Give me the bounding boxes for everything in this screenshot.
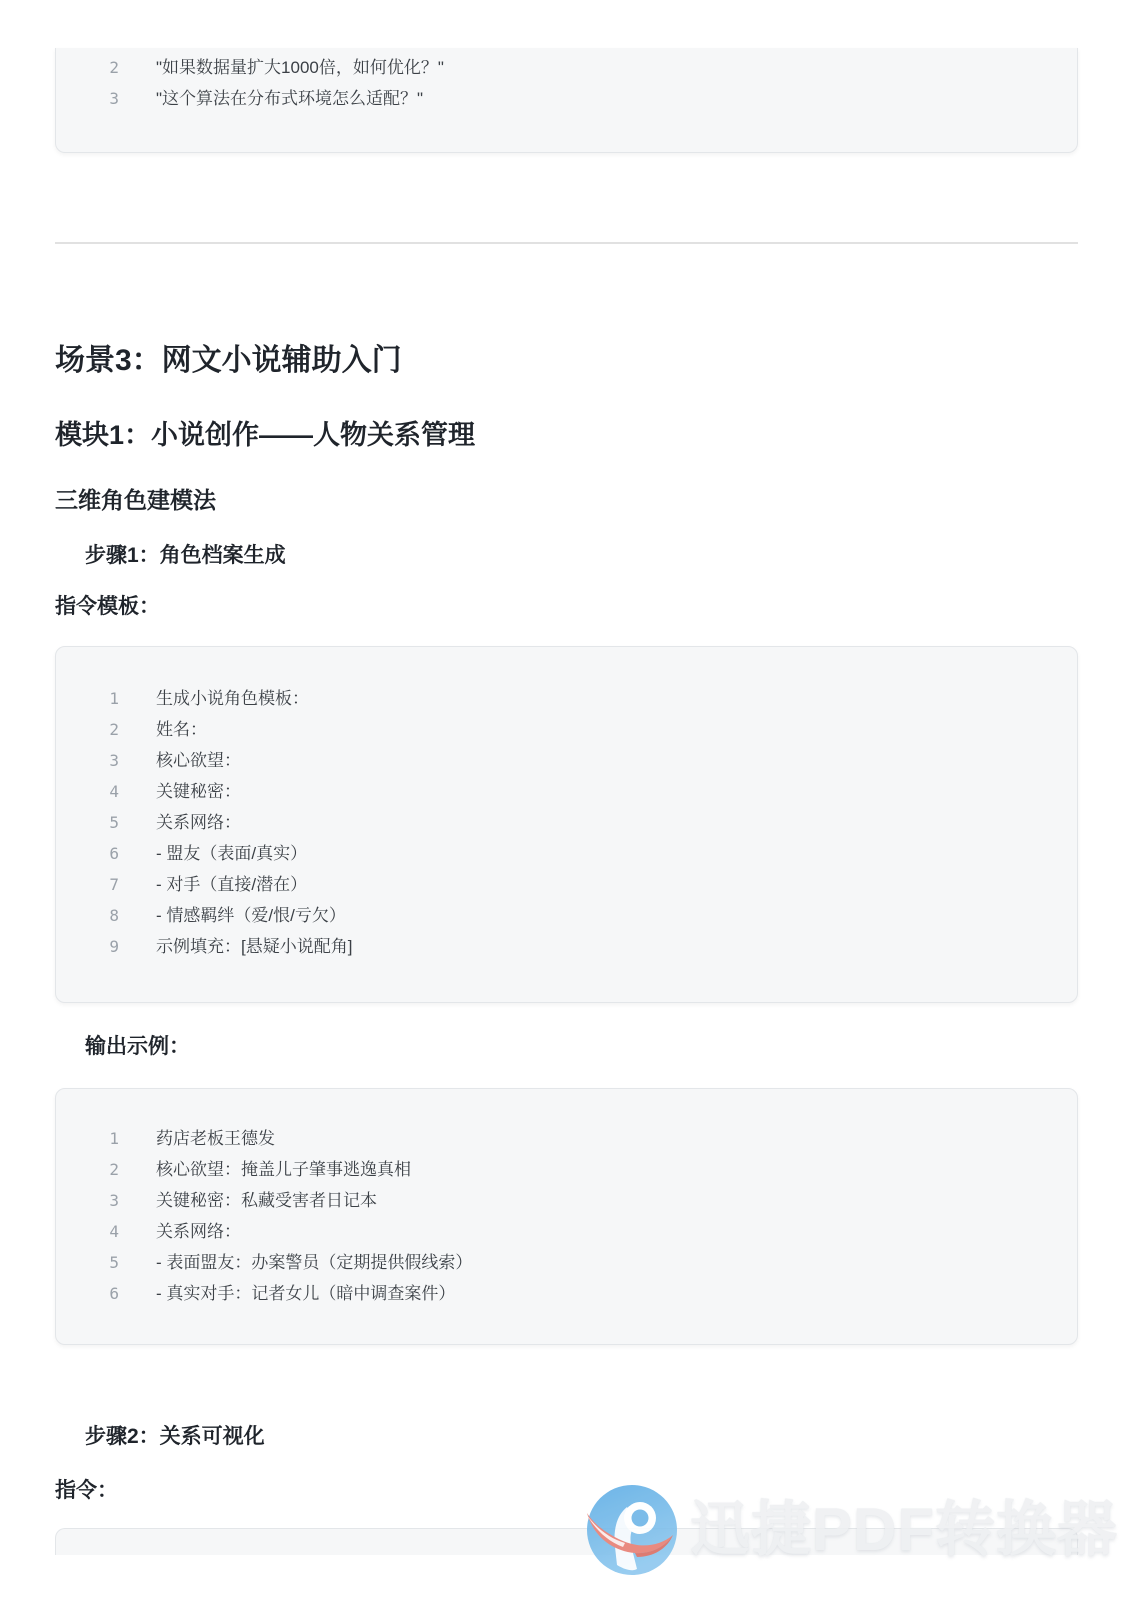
code-text: 核心欲望： [119, 745, 241, 776]
code-text: 关键秘密：私藏受害者日记本 [119, 1185, 377, 1216]
heading-modeling-method: 三维角色建模法 [55, 483, 216, 517]
code-text: - 对手（直接/潜在） [119, 869, 307, 900]
code-line: 4关键秘密： [56, 776, 1077, 807]
heading-scene-3: 场景3：网文小说辅助入门 [55, 340, 402, 382]
code-text: "如果数据量扩大1000倍，如何优化？" [119, 52, 444, 83]
label-output-example: 输出示例： [85, 1032, 190, 1062]
code-line: 9示例填充：[悬疑小说配角] [56, 931, 1077, 962]
code-text: 姓名： [119, 714, 207, 745]
line-number: 2 [56, 714, 119, 745]
code-text: - 真实对手：记者女儿（暗中调查案件） [119, 1278, 455, 1309]
line-number: 5 [56, 807, 119, 838]
code-text: 关系网络： [119, 1216, 241, 1247]
code-text: - 盟友（表面/真实） [119, 838, 307, 869]
code-line: 6- 盟友（表面/真实） [56, 838, 1077, 869]
code-text: 示例填充：[悬疑小说配角] [119, 931, 352, 962]
code-line: 7- 对手（直接/潜在） [56, 869, 1077, 900]
line-number: 1 [56, 1123, 119, 1154]
line-number: 7 [56, 869, 119, 900]
section-divider [55, 242, 1078, 244]
code-line: 8- 情感羁绊（爱/恨/亏欠） [56, 900, 1077, 931]
line-number: 3 [56, 745, 119, 776]
label-instruction-template: 指令模板： [55, 592, 160, 622]
code-line: 3核心欲望： [56, 745, 1077, 776]
line-number: 3 [56, 1185, 119, 1216]
code-text: 药店老板王德发 [119, 1123, 275, 1154]
code-text: 关键秘密： [119, 776, 241, 807]
line-number: 4 [56, 776, 119, 807]
code-text: "这个算法在分布式环境怎么适配？" [119, 83, 423, 114]
code-line: 4关系网络： [56, 1216, 1077, 1247]
code-line: 2"如果数据量扩大1000倍，如何优化？" [56, 52, 1077, 83]
code-block-template: 1生成小说角色模板：2姓名：3核心欲望：4关键秘密：5关系网络：6- 盟友（表面… [55, 646, 1078, 1003]
line-number: 6 [56, 1278, 119, 1309]
code-line: 1药店老板王德发 [56, 1123, 1077, 1154]
line-number: 2 [56, 1154, 119, 1185]
code-line: 2核心欲望：掩盖儿子肇事逃逸真相 [56, 1154, 1077, 1185]
code-block-output: 1药店老板王德发2核心欲望：掩盖儿子肇事逃逸真相3关键秘密：私藏受害者日记本4关… [55, 1088, 1078, 1345]
code-line: 6- 真实对手：记者女儿（暗中调查案件） [56, 1278, 1077, 1309]
code-text: - 表面盟友：办案警员（定期提供假线索） [119, 1247, 472, 1278]
label-instruction: 指令： [55, 1476, 118, 1506]
line-number: 5 [56, 1247, 119, 1278]
code-line: 2姓名： [56, 714, 1077, 745]
heading-module-1: 模块1：小说创作——人物关系管理 [55, 415, 475, 455]
code-text: 生成小说角色模板： [119, 683, 309, 714]
code-block-next [55, 1528, 1078, 1555]
heading-step-2: 步骤2：关系可视化 [85, 1422, 265, 1452]
line-number: 8 [56, 900, 119, 931]
line-number: 4 [56, 1216, 119, 1247]
line-number: 9 [56, 931, 119, 962]
code-text: 核心欲望：掩盖儿子肇事逃逸真相 [119, 1154, 411, 1185]
line-number: 1 [56, 683, 119, 714]
code-text: - 情感羁绊（爱/恨/亏欠） [119, 900, 346, 931]
line-number: 3 [56, 83, 119, 114]
code-text: 关系网络： [119, 807, 241, 838]
line-number: 6 [56, 838, 119, 869]
heading-step-1: 步骤1：角色档案生成 [85, 541, 286, 571]
code-line: 3关键秘密：私藏受害者日记本 [56, 1185, 1077, 1216]
code-block-questions: 2"如果数据量扩大1000倍，如何优化？"3"这个算法在分布式环境怎么适配？" [55, 48, 1078, 153]
code-line: 3"这个算法在分布式环境怎么适配？" [56, 83, 1077, 114]
code-line: 1生成小说角色模板： [56, 683, 1077, 714]
code-line: 5关系网络： [56, 807, 1077, 838]
line-number: 2 [56, 52, 119, 83]
document-page: 2"如果数据量扩大1000倍，如何优化？"3"这个算法在分布式环境怎么适配？" … [0, 0, 1130, 1600]
code-line: 5- 表面盟友：办案警员（定期提供假线索） [56, 1247, 1077, 1278]
